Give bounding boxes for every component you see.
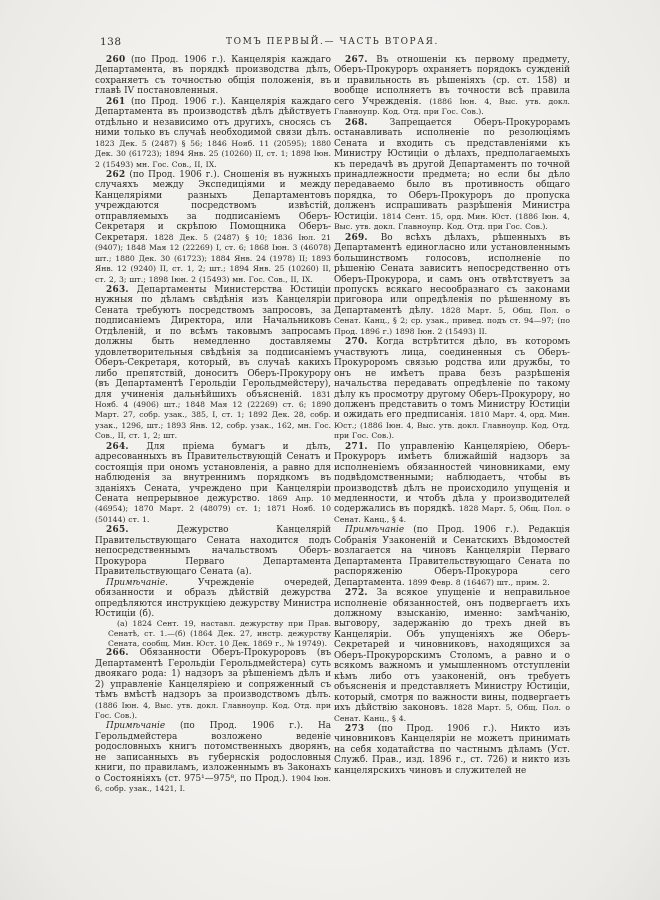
text-segment: Департаменты Министерства Юстиціи нужныя… [95, 285, 331, 400]
article-number: 267. [345, 55, 368, 65]
article-number: 262 [106, 170, 125, 180]
text-segment: Дежурство Канцелярій Правительствующаго … [95, 525, 331, 577]
article-paragraph: 263. Департаменты Министерства Юстиціи н… [95, 285, 331, 442]
article-paragraph: 265. Дежурство Канцелярій Правительствую… [95, 525, 331, 577]
article-paragraph: 266. Обязанности Оберъ-Прокуроровъ (въ Д… [95, 648, 331, 721]
article-paragraph: 260 (по Прод. 1906 г.). Канцелярія кажда… [95, 55, 331, 97]
article-paragraph: 269. Во всѣхъ дѣлахъ, рѣшенныхъ въ Депар… [334, 233, 570, 338]
text-segment: За всякое упущеніе и неправильное исполн… [334, 588, 570, 713]
article-number: 268. [345, 118, 368, 128]
article-paragraph: 273 (по Прод. 1906 г.). Никто изъ чиновн… [334, 724, 570, 776]
text-segment: Примѣчаніе. [106, 578, 168, 588]
article-number: 269. [345, 233, 368, 243]
text-column-right: 267. Въ отношеніи къ первому предмету, О… [334, 55, 570, 776]
article-number: 270. [345, 337, 368, 347]
text-segment: Во всѣхъ дѣлахъ, рѣшенныхъ въ Департамен… [334, 233, 570, 316]
article-number: 261 [106, 97, 125, 107]
article-paragraph: 270. Когда встрѣтится дѣло, въ которомъ … [334, 337, 570, 442]
text-segment: Запрещается Оберъ-Прокурорамъ останавлив… [334, 118, 570, 222]
text-segment: (по Прод. 1906 г.). Канцелярія каждаго Д… [95, 55, 331, 96]
text-segment: (по Прод. 1906 г.). Никто изъ чиновников… [334, 724, 570, 776]
article-number: 263. [106, 285, 129, 295]
article-paragraph: 261 (по Прод. 1906 г.). Канцелярія кажда… [95, 97, 331, 170]
text-segment: Примѣчаніе [106, 721, 165, 731]
article-number: 265. [106, 525, 129, 535]
article-number: 260 [106, 55, 125, 65]
article-paragraph: 264. Для пріема бумагъ и дѣлъ, адресован… [95, 442, 331, 526]
text-segment: (по Прод. 1906 г.). Канцелярія каждаго Д… [95, 97, 331, 138]
text-segment: Примѣчаніе [345, 525, 404, 535]
text-segment: 1823 Дек. 5 (2487) § 56; 1846 Нояб. 11 (… [95, 139, 331, 169]
note-paragraph: (а) 1824 Сент. 19, наставл. дежурству пр… [108, 619, 331, 648]
text-segment: (1886 Іюн. 4, Выс. утв. докл. Главноупр.… [95, 701, 331, 720]
book-page: 138 ТОМЪ ПЕРВЫЙ.— ЧАСТЬ ВТОРАЯ. 260 (по … [0, 0, 660, 900]
text-segment: Обязанности Оберъ-Прокуроровъ (въ Департ… [95, 648, 331, 700]
article-number: 266. [106, 648, 129, 658]
article-paragraph: 271. По управленію Канцеляріею, Оберъ-Пр… [334, 442, 570, 526]
text-segment: (а) 1824 Сент. 19, наставл. дежурству пр… [108, 619, 331, 647]
article-paragraph: 267. Въ отношеніи къ первому предмету, О… [334, 55, 570, 118]
article-paragraph: 272. За всякое упущеніе и неправильное и… [334, 588, 570, 724]
article-paragraph: Примѣчаніе. Учрежденіе очередей, обязанн… [95, 578, 331, 620]
text-column-left: 260 (по Прод. 1906 г.). Канцелярія кажда… [95, 55, 331, 795]
article-number: 272. [345, 588, 368, 598]
text-segment: Когда встрѣтится дѣло, въ которомъ участ… [334, 337, 570, 420]
article-number: 273 [345, 724, 364, 734]
article-paragraph: Примѣчаніе (по Прод. 1906 г.). На Героль… [95, 721, 331, 794]
page-header: 138 ТОМЪ ПЕРВЫЙ.— ЧАСТЬ ВТОРАЯ. [95, 36, 570, 52]
article-number: 264. [106, 442, 129, 452]
article-number: 271. [345, 442, 368, 452]
article-paragraph: Примѣчаніе (по Прод. 1906 г.). Редакція … [334, 525, 570, 588]
article-paragraph: 262 (по Прод. 1906 г.). Сношенія въ нужн… [95, 170, 331, 285]
text-segment: 1899 Февр. 8 (16467) шт., прим. 2. [408, 578, 550, 587]
article-paragraph: 268. Запрещается Оберъ-Прокурорамъ остан… [334, 118, 570, 233]
running-title: ТОМЪ ПЕРВЫЙ.— ЧАСТЬ ВТОРАЯ. [95, 37, 570, 47]
